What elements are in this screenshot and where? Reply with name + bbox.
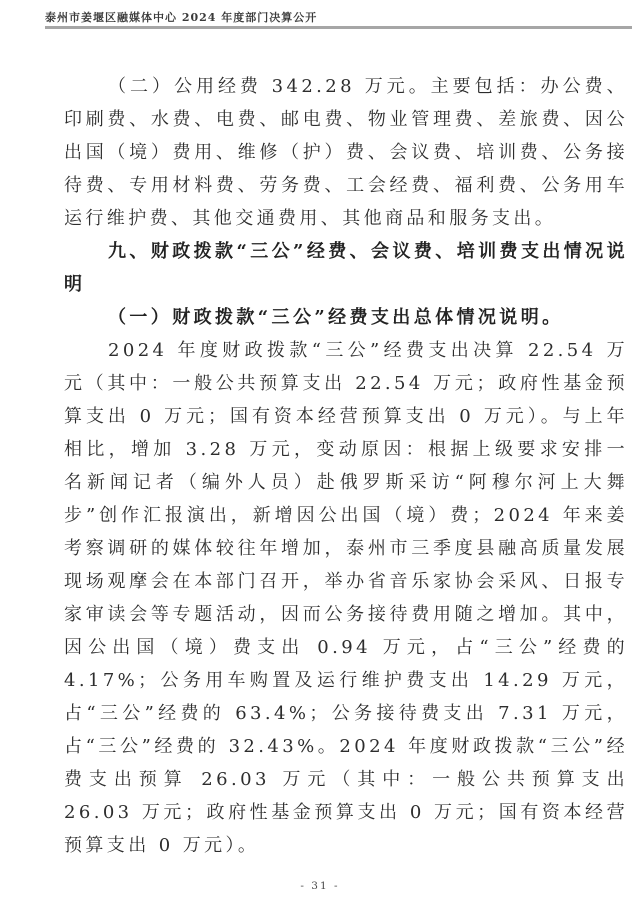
page-number: - 31 - xyxy=(300,880,339,892)
document-body: （二）公用经费 342.28 万元。主要包括：办公费、印刷费、水费、电费、邮电费… xyxy=(64,70,628,862)
document-page: 泰州市姜堰区融媒体中心 2024 年度部门决算公开 （二）公用经费 342.28… xyxy=(0,0,640,905)
page-header: 泰州市姜堰区融媒体中心 2024 年度部门决算公开 xyxy=(45,9,632,25)
document-header-title: 泰州市姜堰区融媒体中心 2024 年度部门决算公开 xyxy=(45,9,632,25)
heading-section-nine: 九、财政拨款“三公”经费、会议费、培训费支出情况说明 xyxy=(64,235,628,301)
paragraph-three-public-details: 2024 年度财政拨款“三公”经费支出决算 22.54 万元（其中：一般公共预算… xyxy=(64,334,628,862)
heading-subsection-one: （一）财政拨款“三公”经费支出总体情况说明。 xyxy=(64,301,628,334)
header-rule xyxy=(45,26,632,29)
page-footer: - 31 - xyxy=(0,874,640,893)
paragraph-public-funds: （二）公用经费 342.28 万元。主要包括：办公费、印刷费、水费、电费、邮电费… xyxy=(64,70,628,235)
